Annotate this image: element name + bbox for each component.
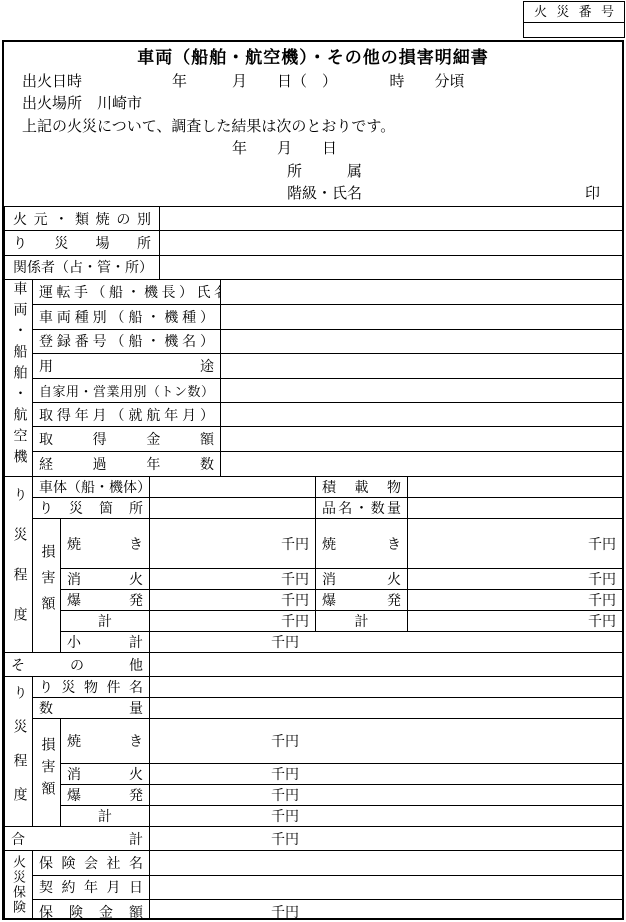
insurance-company-label: 保 険 会 社 名: [33, 851, 150, 876]
damage1-side-label: り災程度: [5, 477, 33, 653]
damaged-part-value: [150, 498, 316, 519]
subtotal-unit-cell: 千円: [150, 632, 623, 653]
affiliation-line: 所 属: [4, 161, 622, 183]
other-value: [150, 653, 623, 677]
body-value: [150, 477, 316, 498]
vehicle-type-value: [221, 304, 623, 329]
table-row: り災程度 り 災 物 件 名: [5, 677, 623, 698]
sum-label: 計: [61, 611, 150, 632]
table-row: 自家用・営業用別（トン数）: [5, 379, 623, 403]
table-row: 取 得 年 月 （ 就 航 年 月 ）: [5, 402, 623, 427]
damage1-loss-label: 損害額: [33, 519, 61, 653]
table-row: 関係者（占・管・所）: [5, 255, 623, 279]
item-qty-label: 品名・数量: [316, 498, 408, 519]
table-row: そ の 他: [5, 653, 623, 677]
sum2-label: 計: [61, 806, 150, 827]
damaged-place-label: り 災 場 所: [5, 231, 160, 255]
table-row: 火 元 ・ 類 焼 の 別: [5, 207, 623, 231]
acquisition-amount-value: [221, 427, 623, 452]
registration-number-value: [221, 329, 623, 354]
table-row: 爆 発 千円 爆 発 千円: [5, 590, 623, 611]
registration-number-label: 登 録 番 号 （ 船 ・ 機 名 ）: [33, 329, 221, 354]
burn2-label: 焼 き: [61, 719, 150, 764]
grand-total-unit-cell: 千円: [150, 827, 623, 851]
table-row: 数 量: [5, 698, 623, 719]
driver-name-label: 運 転 手 （ 船 ・ 機 長 ） 氏 名: [33, 280, 221, 305]
damage2-loss-label: 損害額: [33, 719, 61, 827]
body-label: 車体（船・機体）: [33, 477, 150, 498]
form-title: 車両（船舶・航空機）・その他の損害明細書: [4, 42, 622, 71]
band-total: 合 計 千円: [4, 826, 623, 851]
other-label: そ の 他: [5, 653, 150, 677]
subtotal-label: 小 計: [61, 632, 150, 653]
vehicle-type-label: 車 両 種 別 （ 船 ・ 機 種 ）: [33, 304, 221, 329]
damaged-item-label: り 災 物 件 名: [33, 677, 150, 698]
band-damage-other: り災程度 り 災 物 件 名 数 量 損害額 焼 き 千円 消 火 千円 爆 発…: [4, 676, 623, 827]
fire-origin-value: [160, 207, 623, 231]
usage-label: 用 途: [33, 354, 221, 379]
report-date-line: 年 月 日: [4, 138, 622, 160]
damaged-part-label: り 災 箇 所: [33, 498, 150, 519]
band-damage-vehicle: り災程度 車体（船・機体） 積 載 物 り 災 箇 所 品名・数量 損害額 焼 …: [4, 476, 623, 653]
table-row: 車両・船舶・航空機 運 転 手 （ 船 ・ 機 長 ） 氏 名: [5, 280, 623, 305]
table-row: 小 計 千円: [5, 632, 623, 653]
vehicle-section-side-label: 車両・船舶・航空機: [5, 280, 33, 477]
extinguish-unit2: 千円: [408, 569, 623, 590]
ignition-datetime-line: 出火日時 年 月 日（ ） 時 分頃: [4, 71, 622, 93]
elapsed-years-value: [221, 452, 623, 477]
item-qty-value: [408, 498, 623, 519]
table-row: 車 両 種 別 （ 船 ・ 機 種 ）: [5, 304, 623, 329]
band-other: そ の 他: [4, 652, 623, 677]
explosion-label2: 爆 発: [316, 590, 408, 611]
quantity-label: 数 量: [33, 698, 150, 719]
explosion2-label: 爆 発: [61, 785, 150, 806]
driver-name-value: [221, 280, 623, 305]
fire-number-box: 火 災 番 号: [523, 1, 625, 38]
related-person-value: [160, 255, 623, 279]
table-row: 損害額 焼 き 千円 焼 き 千円: [5, 519, 623, 569]
related-person-label: 関係者（占・管・所）: [5, 255, 160, 279]
ignition-place-line: 出火場所 川崎市: [4, 93, 622, 115]
explosion-unit: 千円: [150, 590, 316, 611]
table-row: 用 途: [5, 354, 623, 379]
grand-total-label: 合 計: [5, 827, 150, 851]
acquisition-date-label: 取 得 年 月 （ 就 航 年 月 ）: [33, 402, 221, 427]
acquisition-date-value: [221, 402, 623, 427]
contract-date-value: [150, 875, 623, 900]
rank-name-label: 階級・氏名: [287, 183, 362, 205]
private-commercial-label: 自家用・営業用別（トン数）: [33, 379, 221, 403]
sum-unit: 千円: [150, 611, 316, 632]
table-row: 保 険 金 額 千円: [5, 900, 623, 920]
extinguish2-label: 消 火: [61, 764, 150, 785]
seal-label: 印: [585, 183, 600, 205]
fire-number-value: [524, 23, 624, 38]
band-vehicle: 車両・船舶・航空機 運 転 手 （ 船 ・ 機 長 ） 氏 名 車 両 種 別 …: [4, 279, 623, 477]
table-row: 契 約 年 月 日: [5, 875, 623, 900]
table-row: 取 得 金 額: [5, 427, 623, 452]
table-row: り災程度 車体（船・機体） 積 載 物: [5, 477, 623, 498]
form-header: 車両（船舶・航空機）・その他の損害明細書 出火日時 年 月 日（ ） 時 分頃 …: [4, 42, 622, 206]
table-row: 経 過 年 数: [5, 452, 623, 477]
fire-origin-label: 火 元 ・ 類 焼 の 別: [5, 207, 160, 231]
contract-date-label: 契 約 年 月 日: [33, 875, 150, 900]
insurance-company-value: [150, 851, 623, 876]
table-row: 計 千円 計 千円: [5, 611, 623, 632]
sum-unit2: 千円: [408, 611, 623, 632]
insurance-amount-label: 保 険 金 額: [33, 900, 150, 920]
cargo-label: 積 載 物: [316, 477, 408, 498]
band-top: 火 元 ・ 類 焼 の 別 り 災 場 所 関係者（占・管・所）: [4, 206, 623, 280]
table-row: り 災 箇 所 品名・数量: [5, 498, 623, 519]
table-row: 消 火 千円 消 火 千円: [5, 569, 623, 590]
explosion-unit2: 千円: [408, 590, 623, 611]
private-commercial-value: [221, 379, 623, 403]
damaged-item-value: [150, 677, 623, 698]
table-row: 損害額 焼 き 千円: [5, 719, 623, 764]
extinguish2-unit-cell: 千円: [150, 764, 623, 785]
table-row: り 災 場 所: [5, 231, 623, 255]
fire-number-label: 火 災 番 号: [524, 2, 624, 23]
damage2-side-label: り災程度: [5, 677, 33, 827]
sum2-unit-cell: 千円: [150, 806, 623, 827]
investigation-note-line: 上記の火災について、調査した結果は次のとおりです。: [4, 116, 622, 138]
burn2-unit-cell: 千円: [150, 719, 623, 764]
table-row: 火災保険 保 険 会 社 名: [5, 851, 623, 876]
quantity-value: [150, 698, 623, 719]
elapsed-years-label: 経 過 年 数: [33, 452, 221, 477]
table-row: 爆 発 千円: [5, 785, 623, 806]
insurance-side-label: 火災保険: [5, 851, 33, 921]
burn-label2: 焼 き: [316, 519, 408, 569]
explosion-label: 爆 発: [61, 590, 150, 611]
explosion2-unit-cell: 千円: [150, 785, 623, 806]
table-row: 登 録 番 号 （ 船 ・ 機 名 ）: [5, 329, 623, 354]
burn-unit: 千円: [150, 519, 316, 569]
table-row: 合 計 千円: [5, 827, 623, 851]
table-row: 計 千円: [5, 806, 623, 827]
form-body: 車両（船舶・航空機）・その他の損害明細書 出火日時 年 月 日（ ） 時 分頃 …: [2, 40, 624, 920]
damaged-place-value: [160, 231, 623, 255]
table-row: 消 火 千円: [5, 764, 623, 785]
extinguish-label: 消 火: [61, 569, 150, 590]
usage-value: [221, 354, 623, 379]
burn-label: 焼 き: [61, 519, 150, 569]
extinguish-unit: 千円: [150, 569, 316, 590]
burn-unit2: 千円: [408, 519, 623, 569]
insurance-amount-unit-cell: 千円: [150, 900, 623, 920]
cargo-value: [408, 477, 623, 498]
rank-name-line: 階級・氏名 印: [4, 183, 622, 205]
band-insurance: 火災保険 保 険 会 社 名 契 約 年 月 日 保 険 金 額 千円: [4, 850, 623, 920]
extinguish-label2: 消 火: [316, 569, 408, 590]
acquisition-amount-label: 取 得 金 額: [33, 427, 221, 452]
sum-label2: 計: [316, 611, 408, 632]
